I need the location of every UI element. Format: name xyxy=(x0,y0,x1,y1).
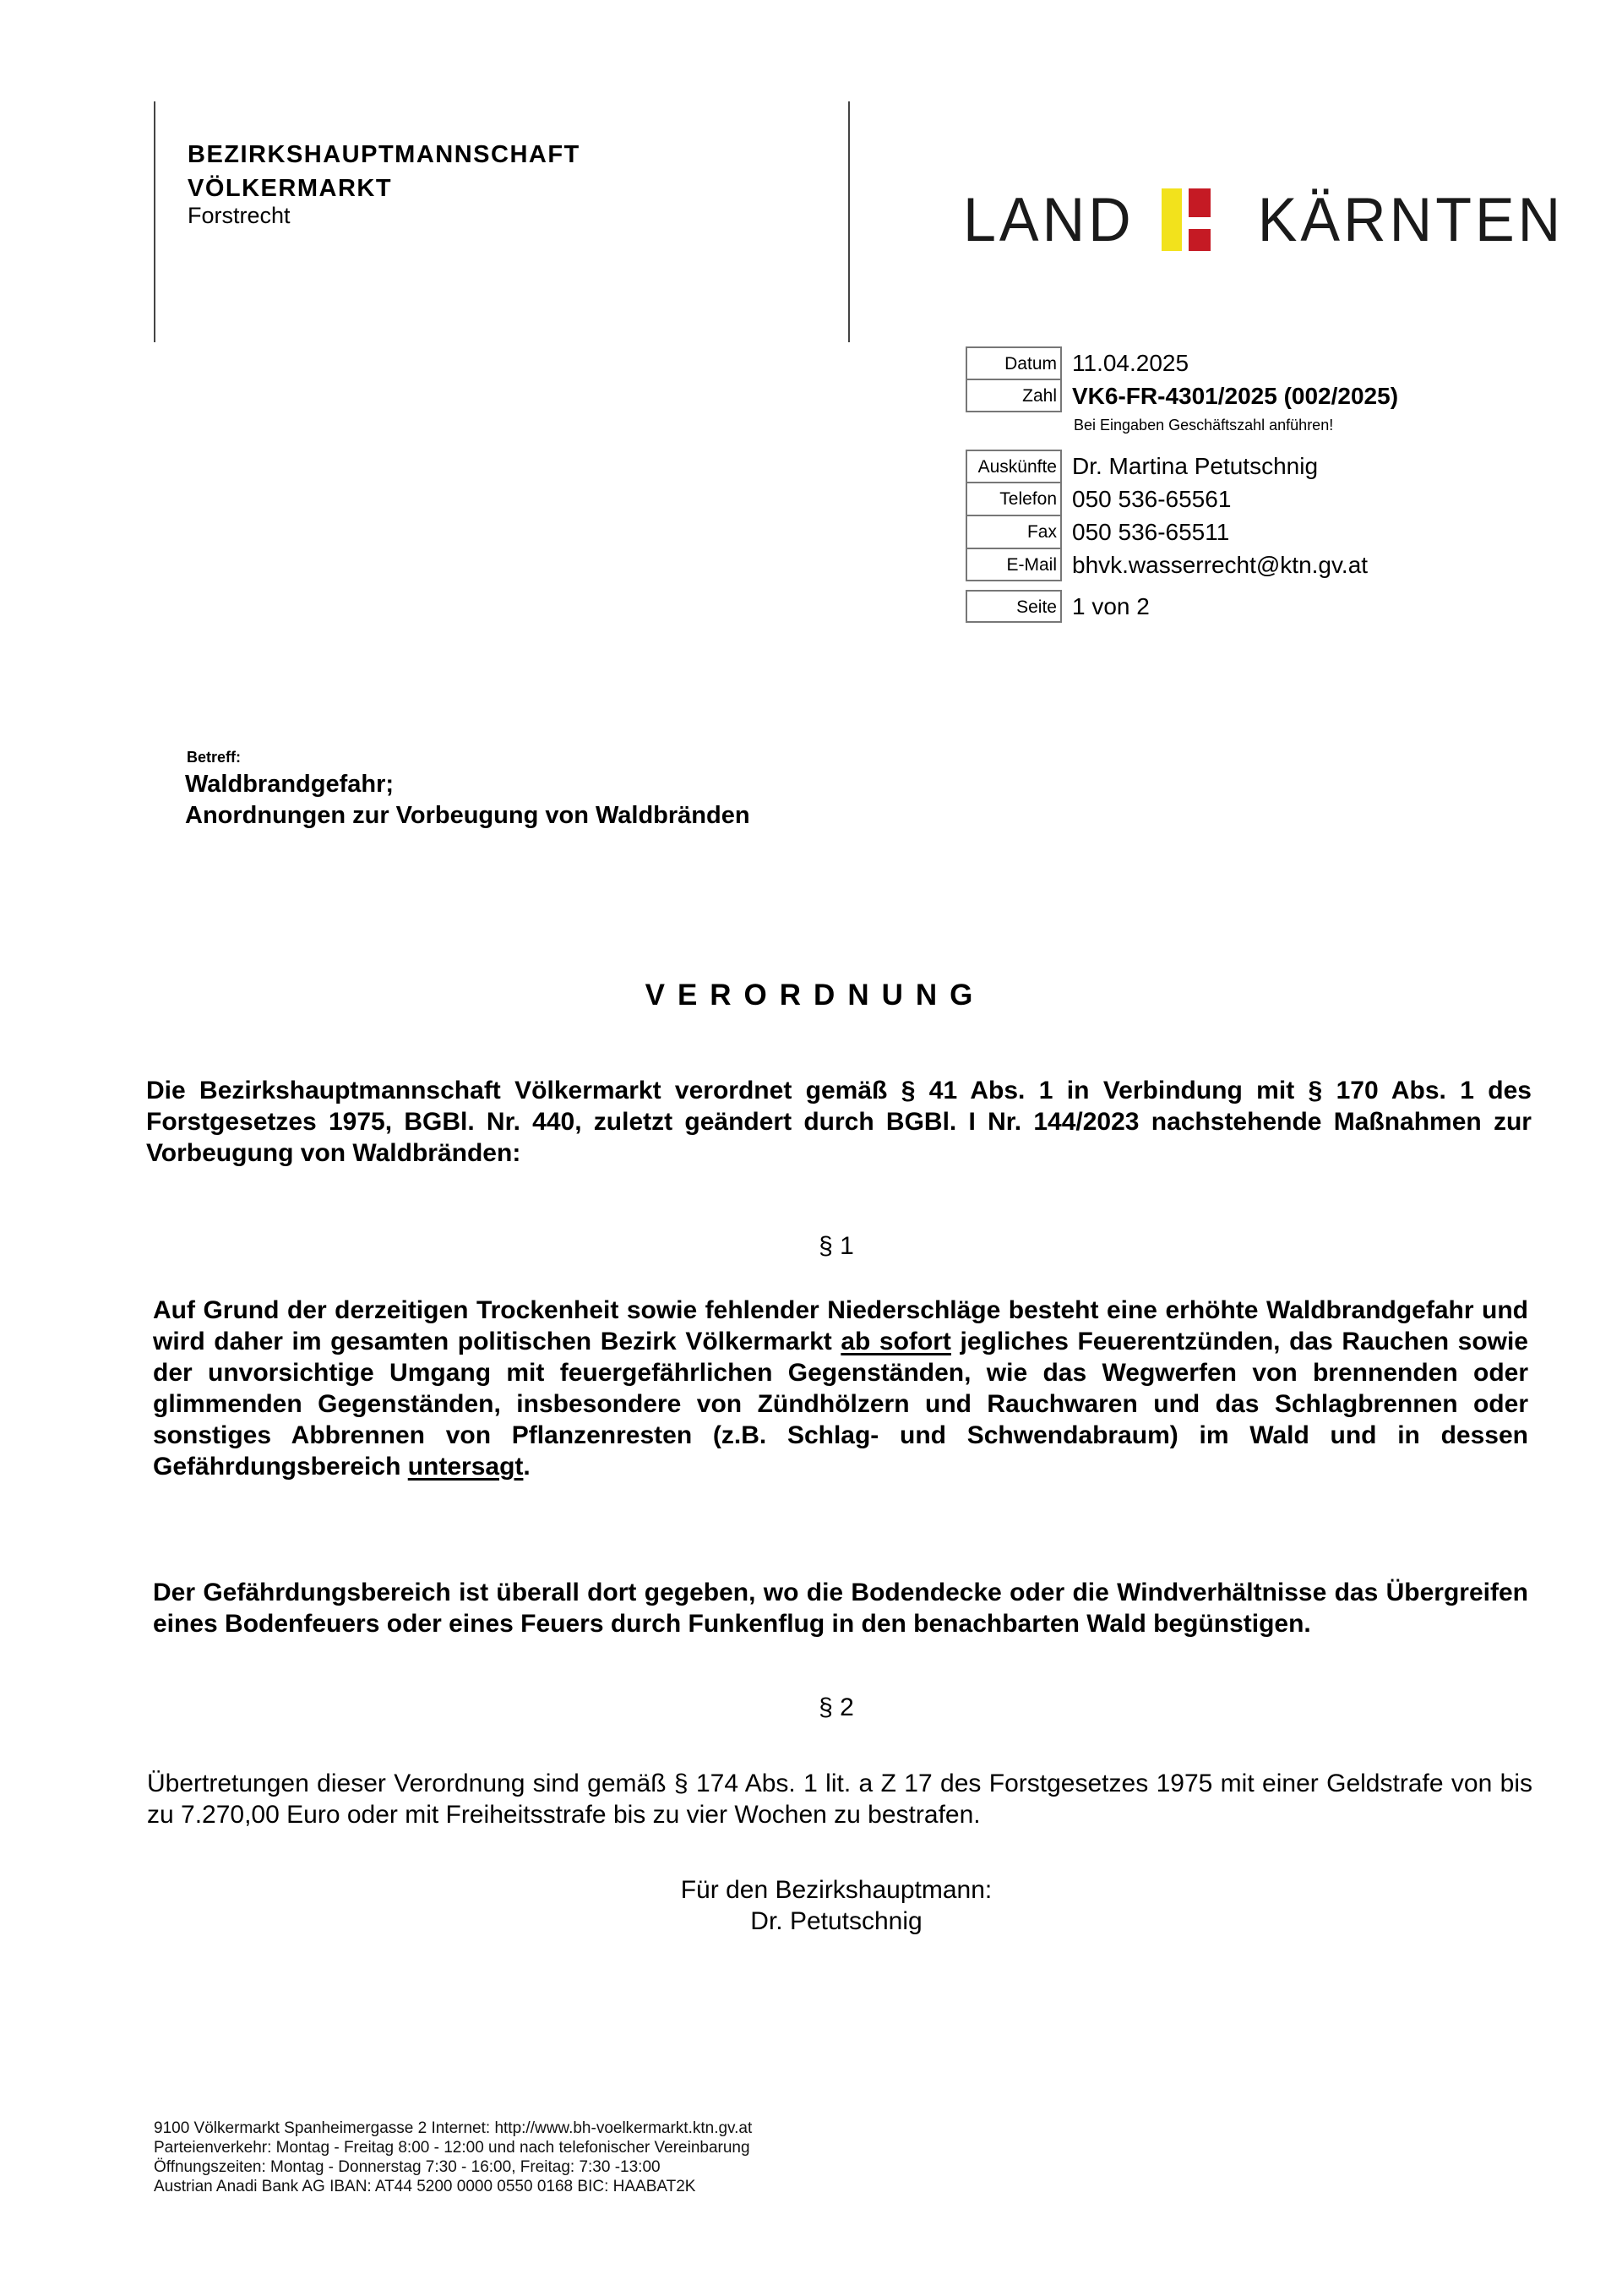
emphasis-ab-sofort: ab sofort xyxy=(841,1328,951,1355)
emphasis-untersagt: untersagt xyxy=(408,1453,524,1481)
signature-block: Für den Bezirkshauptmann: Dr. Petutschni… xyxy=(0,1874,1622,1937)
subject-text: Waldbrandgefahr; Anordnungen zur Vorbeug… xyxy=(185,769,750,832)
logo-yellow-bar xyxy=(1162,188,1182,251)
carinthia-flag-icon xyxy=(1162,188,1229,251)
logo-text-kaernten: KÄRNTEN xyxy=(1258,188,1564,251)
info-value-zahl: VK6-FR-4301/2025 (002/2025) xyxy=(1062,383,1398,410)
footer-opening-times: Öffnungszeiten: Montag - Donnerstag 7:30… xyxy=(154,2157,752,2177)
info-label-auskuenfte: Auskünfte xyxy=(966,450,1062,483)
intro-paragraph: Die Bezirkshauptmannschaft Völkermarkt v… xyxy=(146,1075,1532,1169)
info-label-email: E-Mail xyxy=(966,548,1062,581)
organization-name-line1: BEZIRKSHAUPTMANNSCHAFT xyxy=(188,138,580,172)
section-2-paragraph: Übertretungen dieser Verordnung sind gem… xyxy=(147,1768,1532,1830)
header-divider-right xyxy=(848,101,850,342)
logo-red-block-top xyxy=(1189,188,1211,217)
info-label-zahl: Zahl xyxy=(966,379,1062,412)
info-value-datum: 11.04.2025 xyxy=(1062,350,1189,377)
section-1-paragraph-2: Der Gefährdungsbereich ist überall dort … xyxy=(153,1577,1528,1639)
info-row-email: E-Mail bhvk.wasserrecht@ktn.gv.at xyxy=(966,548,1398,581)
footer-bank-details: Austrian Anadi Bank AG IBAN: AT44 5200 0… xyxy=(154,2177,752,2196)
info-note: Bei Eingaben Geschäftszahl anführen! xyxy=(966,412,1398,438)
organization-name-line2: VÖLKERMARKT xyxy=(188,172,580,205)
info-label-datum: Datum xyxy=(966,346,1062,379)
subject-line1: Waldbrandgefahr; xyxy=(185,769,750,800)
logo-red-block-bottom xyxy=(1189,229,1211,251)
section-1-text-end: . xyxy=(523,1453,530,1481)
document-info-table: Datum 11.04.2025 Zahl VK6-FR-4301/2025 (… xyxy=(966,346,1398,623)
header-divider-left xyxy=(154,101,155,342)
department-name: Forstrecht xyxy=(188,203,291,229)
section-1-heading: § 1 xyxy=(0,1232,1622,1261)
info-label-fax: Fax xyxy=(966,515,1062,548)
info-row-fax: Fax 050 536-65511 xyxy=(966,515,1398,548)
section-1-paragraph-1: Auf Grund der derzeitigen Trockenheit so… xyxy=(153,1295,1528,1482)
info-value-fax: 050 536-65511 xyxy=(1062,519,1229,546)
signature-name: Dr. Petutschnig xyxy=(51,1906,1622,1937)
info-label-seite: Seite xyxy=(966,590,1062,623)
logo-text-land: LAND xyxy=(963,188,1135,251)
info-value-email[interactable]: bhvk.wasserrecht@ktn.gv.at xyxy=(1062,552,1368,579)
info-row-datum: Datum 11.04.2025 xyxy=(966,346,1398,379)
subject-label: Betreff: xyxy=(187,749,241,766)
info-value-auskuenfte: Dr. Martina Petutschnig xyxy=(1062,453,1318,480)
info-row-seite: Seite 1 von 2 xyxy=(966,590,1398,623)
footer: 9100 Völkermarkt Spanheimergasse 2 Inter… xyxy=(154,2119,752,2196)
info-value-seite: 1 von 2 xyxy=(1062,593,1150,620)
document-title: VERORDNUNG xyxy=(0,979,1622,1012)
info-label-telefon: Telefon xyxy=(966,483,1062,515)
section-2-heading: § 2 xyxy=(0,1693,1622,1722)
land-kaernten-logo: LAND KÄRNTEN xyxy=(963,186,1564,254)
info-row-auskuenfte: Auskünfte Dr. Martina Petutschnig xyxy=(966,450,1398,483)
signature-line1: Für den Bezirkshauptmann: xyxy=(51,1874,1622,1906)
info-row-telefon: Telefon 050 536-65561 xyxy=(966,483,1398,515)
subject-line2: Anordnungen zur Vorbeugung von Waldbränd… xyxy=(185,800,750,832)
footer-office-hours: Parteienverkehr: Montag - Freitag 8:00 -… xyxy=(154,2138,752,2157)
organization-name: BEZIRKSHAUPTMANNSCHAFT VÖLKERMARKT xyxy=(188,138,580,205)
info-row-zahl: Zahl VK6-FR-4301/2025 (002/2025) xyxy=(966,379,1398,412)
footer-address: 9100 Völkermarkt Spanheimergasse 2 Inter… xyxy=(154,2119,752,2138)
info-value-telefon: 050 536-65561 xyxy=(1062,486,1231,513)
